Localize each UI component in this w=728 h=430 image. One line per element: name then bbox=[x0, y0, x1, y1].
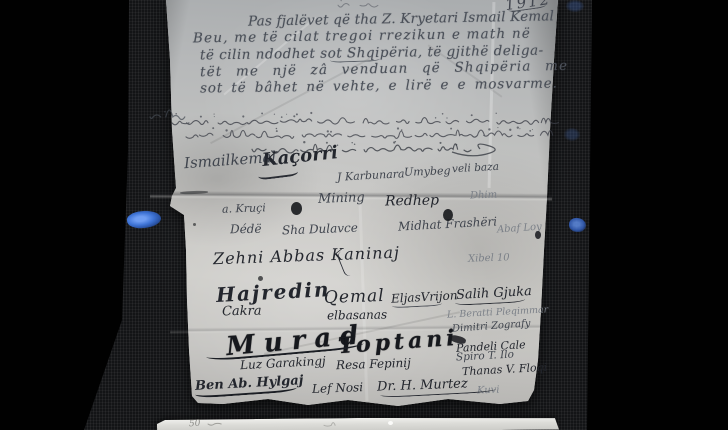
signature: Cakra bbox=[222, 305, 262, 319]
signature: elbasanas bbox=[327, 308, 387, 321]
paper-speck bbox=[388, 421, 393, 425]
signature: Redhep bbox=[385, 194, 439, 209]
ink-blot bbox=[193, 223, 196, 226]
blue-smudge-top-right bbox=[566, 0, 584, 12]
signature: Lef Nosi bbox=[312, 381, 363, 395]
signature: Xibel 10 bbox=[468, 253, 510, 264]
signature: Sha Dulavce bbox=[282, 222, 358, 237]
signature: a. Kruçi bbox=[222, 202, 266, 215]
museum-photo-of-declaration-document: { "document": { "lines": [ "Pas fjalëvet… bbox=[0, 0, 728, 430]
signature: veli baza bbox=[452, 162, 499, 175]
signature: Resa Fepinij bbox=[336, 357, 411, 372]
signature: Qemal bbox=[324, 288, 385, 307]
signature: Dédë bbox=[230, 223, 262, 236]
signature: Mining bbox=[318, 191, 365, 206]
signature: J Karbunara bbox=[337, 168, 405, 183]
signature: Umybeg bbox=[404, 165, 451, 178]
strip-pencil-mark: 50 bbox=[189, 419, 201, 430]
signature: Hajredin bbox=[216, 279, 331, 305]
ink-blot bbox=[535, 231, 541, 239]
ink-blot bbox=[291, 202, 302, 215]
ink-blot bbox=[258, 276, 263, 281]
blue-smudge-mid-right bbox=[564, 128, 580, 141]
ink-blot bbox=[443, 209, 453, 221]
signature: Dhim bbox=[470, 191, 497, 202]
second-document-strip bbox=[157, 417, 559, 430]
